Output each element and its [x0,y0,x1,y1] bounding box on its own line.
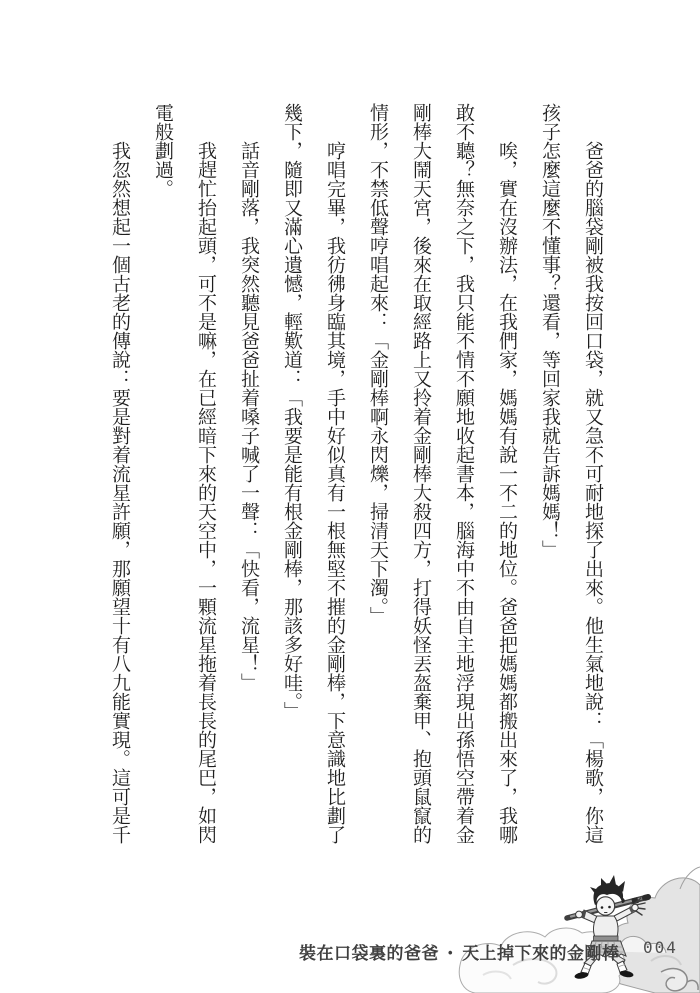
story-paragraph-3: 哼唱完畢，我彷彿身臨其境，手中好似真有一根無堅不摧的金剛棒，下意識地比劃了幾下，… [270,103,356,849]
story-paragraph-4: 話音剛落，我突然聽見爸爸扯着嗓子喊了一聲：「快看，流星！」 [227,103,270,849]
story-text: 爸爸的腦袋剛被我按回口袋，就又急不可耐地探了出來。他生氣地說：「楊歌，你這孩子怎… [98,103,614,849]
boy-with-staff-on-clouds-illustration [455,843,700,993]
story-paragraph-2: 唉，實在沒辦法，在我們家，媽媽有說一不二的地位。爸爸把媽媽都搬出來了，我哪敢不聽… [356,103,528,849]
story-paragraph-6: 我忽然想起一個古老的傳說：要是對着流星許願，那願望十有八九能實現。這可是千 [98,103,141,849]
page-number: 004 [643,938,678,957]
story-paragraph-1: 爸爸的腦袋剛被我按回口袋，就又急不可耐地探了出來。他生氣地說：「楊歌，你這孩子怎… [528,103,614,849]
story-paragraph-5: 我趕忙抬起頭，可不是嘛，在已經暗下來的天空中，一顆流星拖着長長的尾巴，如閃電般劃… [141,103,227,849]
footer-running-title: 裝在口袋裏的爸爸•天上掉下來的金剛棒 [299,939,620,964]
chapter-title: 天上掉下來的金剛棒 [462,944,620,963]
boy-shirt [593,916,618,937]
series-title: 裝在口袋裏的爸爸 [299,944,439,963]
separator-dot-icon: • [448,945,453,960]
book-page: 爸爸的腦袋剛被我按回口袋，就又急不可耐地探了出來。他生氣地說：「楊歌，你這孩子怎… [0,0,700,993]
